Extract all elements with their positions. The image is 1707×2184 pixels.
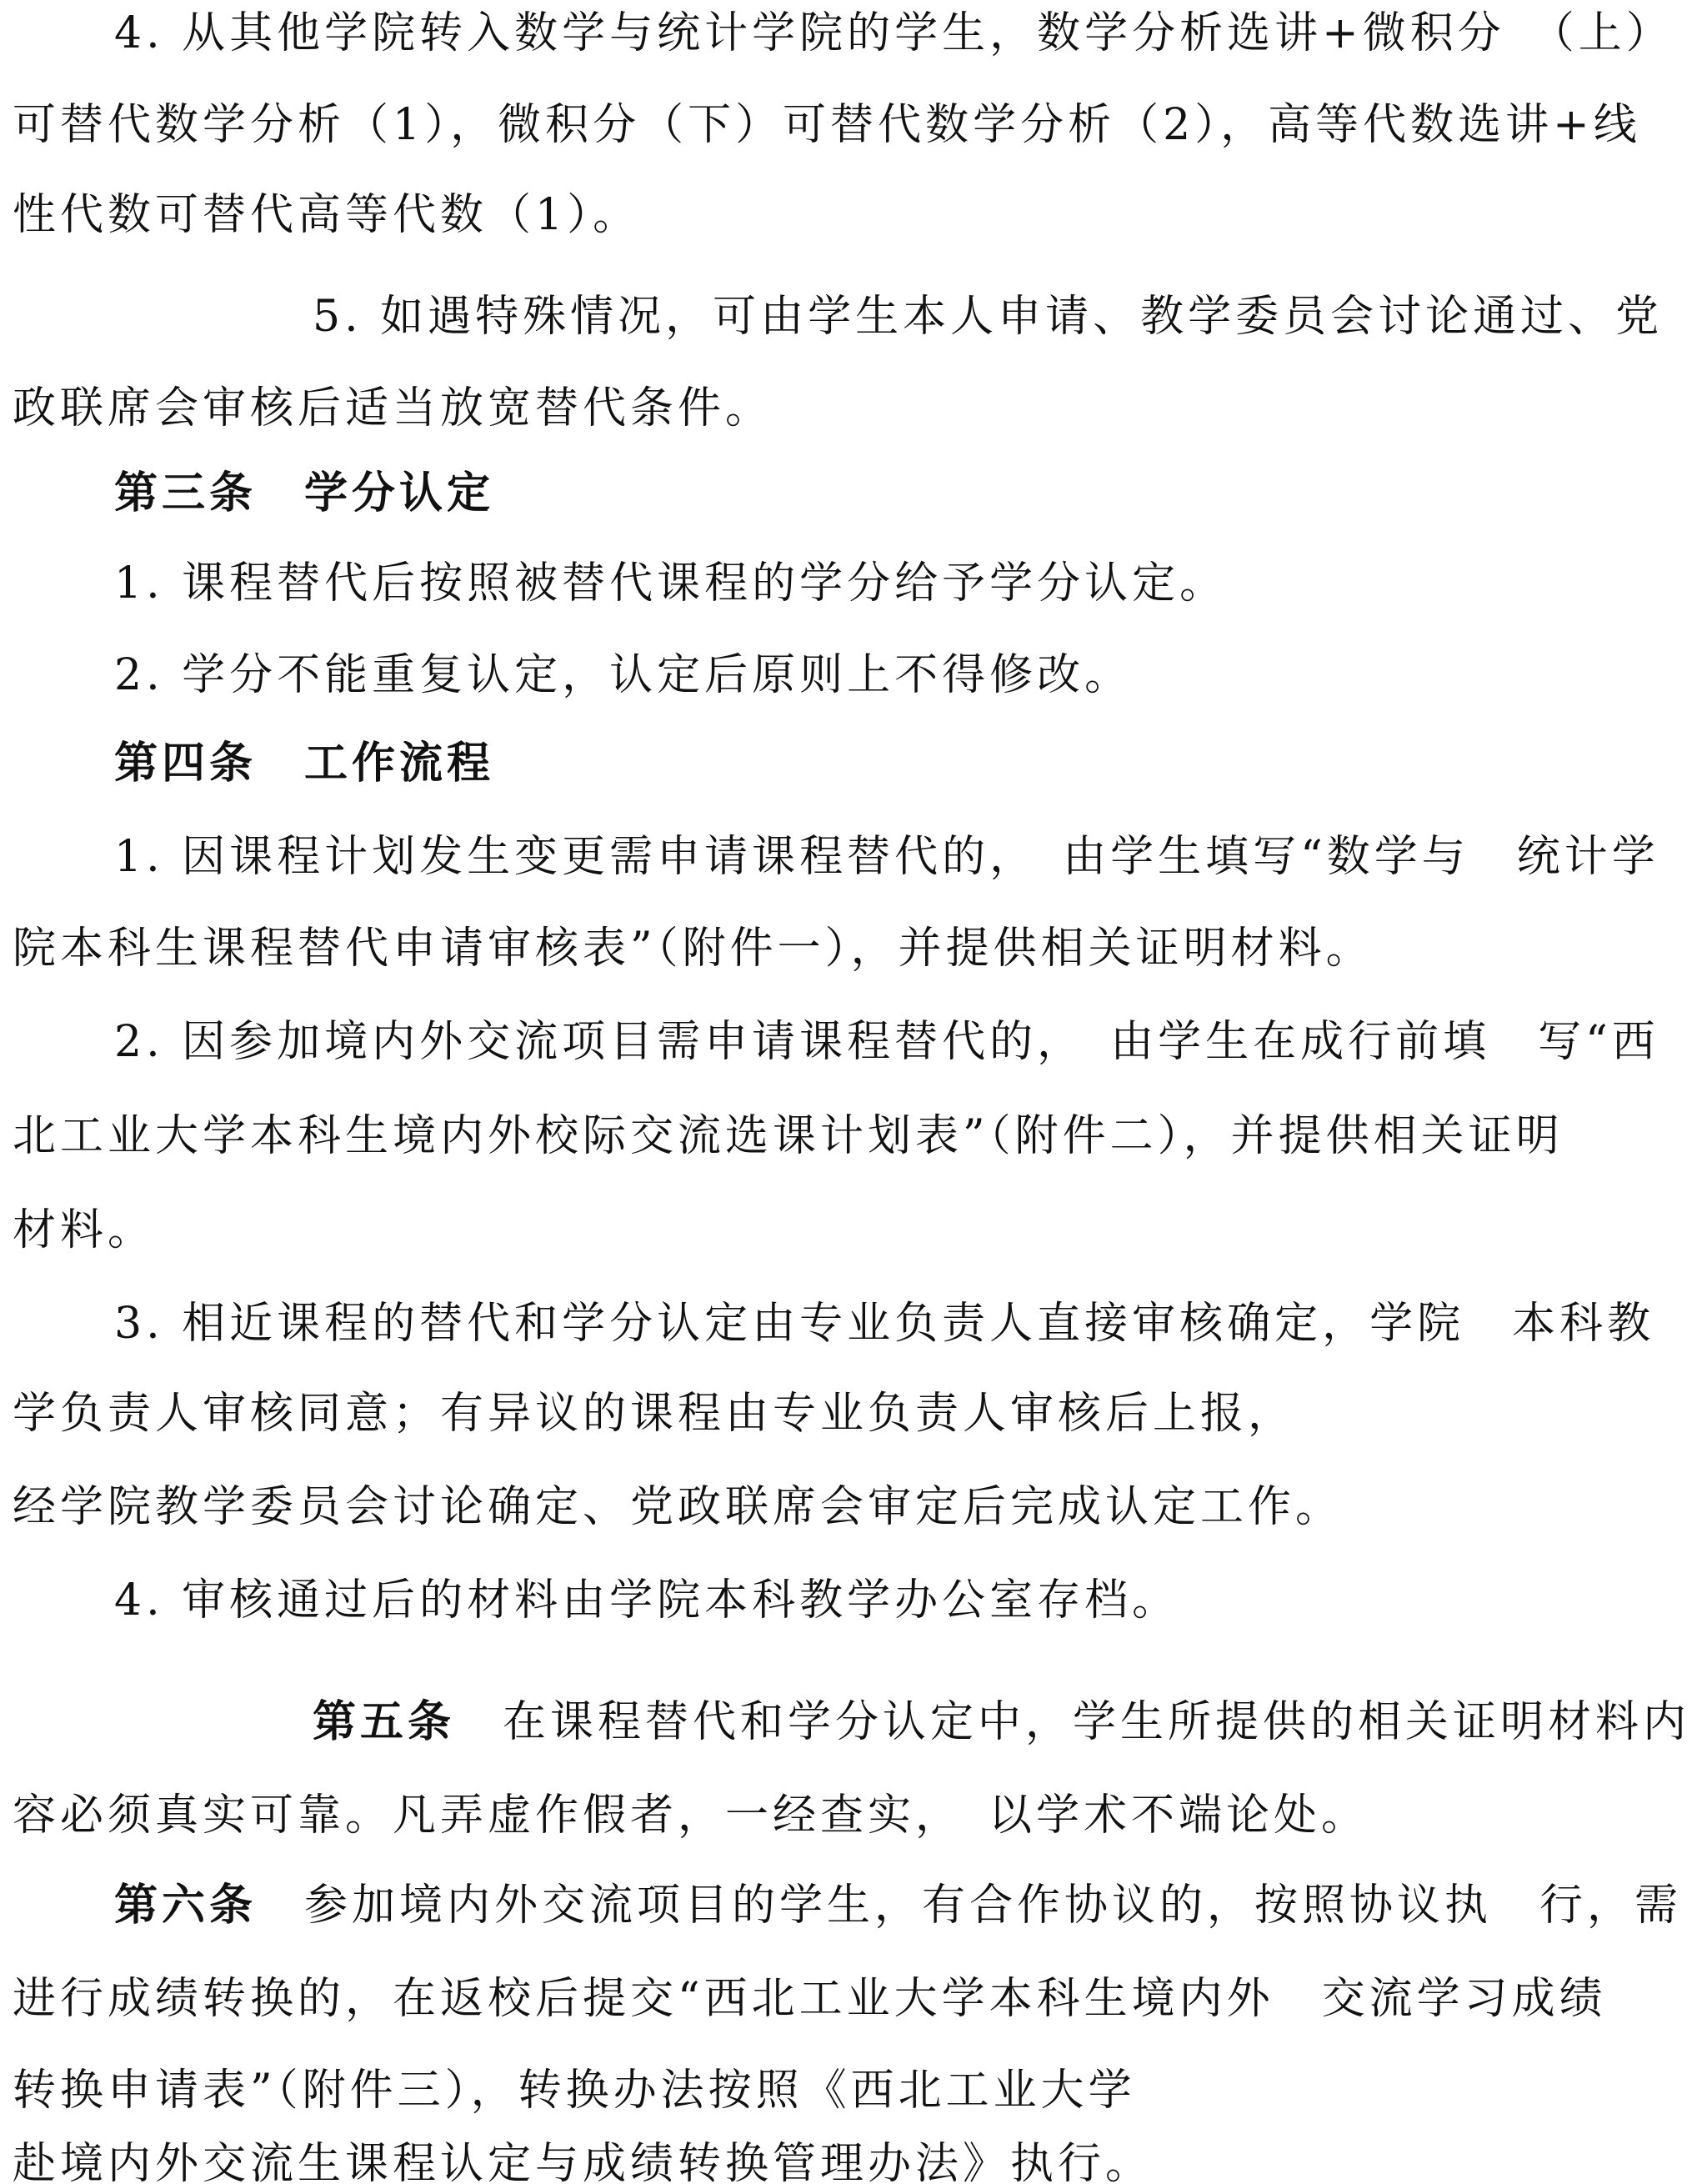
article-clause: 第六条 参加境内外交流项目的学生，有合作协议的，按照协议执 行，需 bbox=[114, 1881, 1682, 1931]
line-text: 可替代数学分析（1），微积分（下）可替代数学分析（2），高等代数选讲+线 bbox=[13, 100, 1641, 150]
line-text: 材料。 bbox=[13, 1205, 155, 1255]
text-line: 政联席会审核后适当放宽替代条件。 bbox=[13, 383, 773, 434]
text-line: 赴境内外交流生课程认定与成绩转换管理办法》执行。 bbox=[13, 2139, 1153, 2184]
article-number: 第六条 bbox=[114, 1880, 257, 1931]
article-number: 第五条 bbox=[313, 1696, 455, 1747]
text-line: 性代数可替代高等代数（1）。 bbox=[13, 190, 640, 241]
line-text: 4. 审核通过后的材料由学院本科教学办公室存档。 bbox=[114, 1575, 1179, 1625]
line-text: 赴境内外交流生课程认定与成绩转换管理办法》执行。 bbox=[13, 2139, 1153, 2184]
clause-line: 2. 学分不能重复认定，认定后原则上不得修改。 bbox=[114, 650, 1132, 701]
line-text: 北工业大学本科生境内外校际交流选课计划表”（附件二），并提供相关证明 bbox=[13, 1111, 1564, 1161]
line-text: 4. 从其他学院转入数学与统计学院的学生，数学分析选讲+微积分 （上） bbox=[114, 8, 1674, 58]
clause-line: 2. 因参加境内外交流项目需申请课程替代的， 由学生在成行前填 写“西 bbox=[114, 1017, 1659, 1068]
document-page: 4. 从其他学院转入数学与统计学院的学生，数学分析选讲+微积分 （上） 可替代数… bbox=[0, 0, 1707, 2184]
article-clause: 第五条 在课程替代和学分认定中，学生所提供的相关证明材料内 bbox=[313, 1697, 1690, 1748]
text-line: 容必须真实可靠。凡弄虚作假者，一经查实， 以学术不端论处。 bbox=[13, 1791, 1369, 1841]
text-line: 经学院教学委员会讨论确定、党政联席会审定后完成认定工作。 bbox=[13, 1482, 1343, 1533]
line-text: 政联席会审核后适当放宽替代条件。 bbox=[13, 383, 773, 433]
line-text: 1. 因课程计划发生变更需申请课程替代的， 由学生填写“数学与 统计学 bbox=[114, 832, 1659, 882]
article-heading: 第四条 工作流程 bbox=[114, 739, 494, 789]
clause-line: 4. 审核通过后的材料由学院本科教学办公室存档。 bbox=[114, 1575, 1179, 1626]
line-text: 参加境内外交流项目的学生，有合作协议的，按照协议执 行，需 bbox=[257, 1881, 1682, 1931]
text-line: 可替代数学分析（1），微积分（下）可替代数学分析（2），高等代数选讲+线 bbox=[13, 100, 1641, 151]
text-line: 进行成绩转换的，在返校后提交“西北工业大学本科生境内外 交流学习成绩 bbox=[13, 1974, 1607, 2025]
line-text: 2. 学分不能重复认定，认定后原则上不得修改。 bbox=[114, 650, 1132, 700]
line-text: 转换申请表”（附件三），转换办法按照《西北工业大学 bbox=[13, 2066, 1136, 2116]
line-text: 容必须真实可靠。凡弄虚作假者，一经查实， 以学术不端论处。 bbox=[13, 1791, 1369, 1841]
text-line: 院本科生课程替代申请审核表”（附件一），并提供相关证明材料。 bbox=[13, 924, 1374, 974]
line-text: 院本科生课程替代申请审核表”（附件一），并提供相关证明材料。 bbox=[13, 924, 1374, 974]
line-text: 学负责人审核同意；有异议的课程由专业负责人审核后上报， bbox=[13, 1389, 1295, 1439]
line-text: 进行成绩转换的，在返校后提交“西北工业大学本科生境内外 交流学习成绩 bbox=[13, 1974, 1607, 2024]
line-text: 经学院教学委员会讨论确定、党政联席会审定后完成认定工作。 bbox=[13, 1482, 1343, 1532]
line-text: 5. 如遇特殊情况，可由学生本人申请、教学委员会讨论通过、党 bbox=[313, 292, 1663, 342]
text-line: 4. 从其他学院转入数学与统计学院的学生，数学分析选讲+微积分 （上） bbox=[114, 8, 1674, 59]
text-line: 转换申请表”（附件三），转换办法按照《西北工业大学 bbox=[13, 2066, 1136, 2116]
line-text: 2. 因参加境内外交流项目需申请课程替代的， 由学生在成行前填 写“西 bbox=[114, 1017, 1659, 1067]
text-line: 材料。 bbox=[13, 1205, 155, 1256]
line-text: 性代数可替代高等代数（1）。 bbox=[13, 190, 640, 240]
clause-line: 1. 课程替代后按照被替代课程的学分给予学分认定。 bbox=[114, 559, 1227, 609]
line-text: 在课程替代和学分认定中，学生所提供的相关证明材料内 bbox=[455, 1697, 1690, 1747]
article-heading: 第三条 学分认定 bbox=[114, 468, 494, 519]
text-line: 北工业大学本科生境内外校际交流选课计划表”（附件二），并提供相关证明 bbox=[13, 1111, 1564, 1162]
article-number: 第三条 学分认定 bbox=[114, 468, 494, 518]
clause-line: 3. 相近课程的替代和学分认定由专业负责人直接审核确定，学院 本科教 bbox=[114, 1299, 1654, 1350]
clause-line: 1. 因课程计划发生变更需申请课程替代的， 由学生填写“数学与 统计学 bbox=[114, 832, 1659, 883]
article-number: 第四条 工作流程 bbox=[114, 738, 494, 789]
text-line: 5. 如遇特殊情况，可由学生本人申请、教学委员会讨论通过、党 bbox=[313, 292, 1663, 343]
line-text: 1. 课程替代后按照被替代课程的学分给予学分认定。 bbox=[114, 559, 1227, 609]
line-text: 3. 相近课程的替代和学分认定由专业负责人直接审核确定，学院 本科教 bbox=[114, 1299, 1654, 1349]
text-line: 学负责人审核同意；有异议的课程由专业负责人审核后上报， bbox=[13, 1389, 1295, 1440]
